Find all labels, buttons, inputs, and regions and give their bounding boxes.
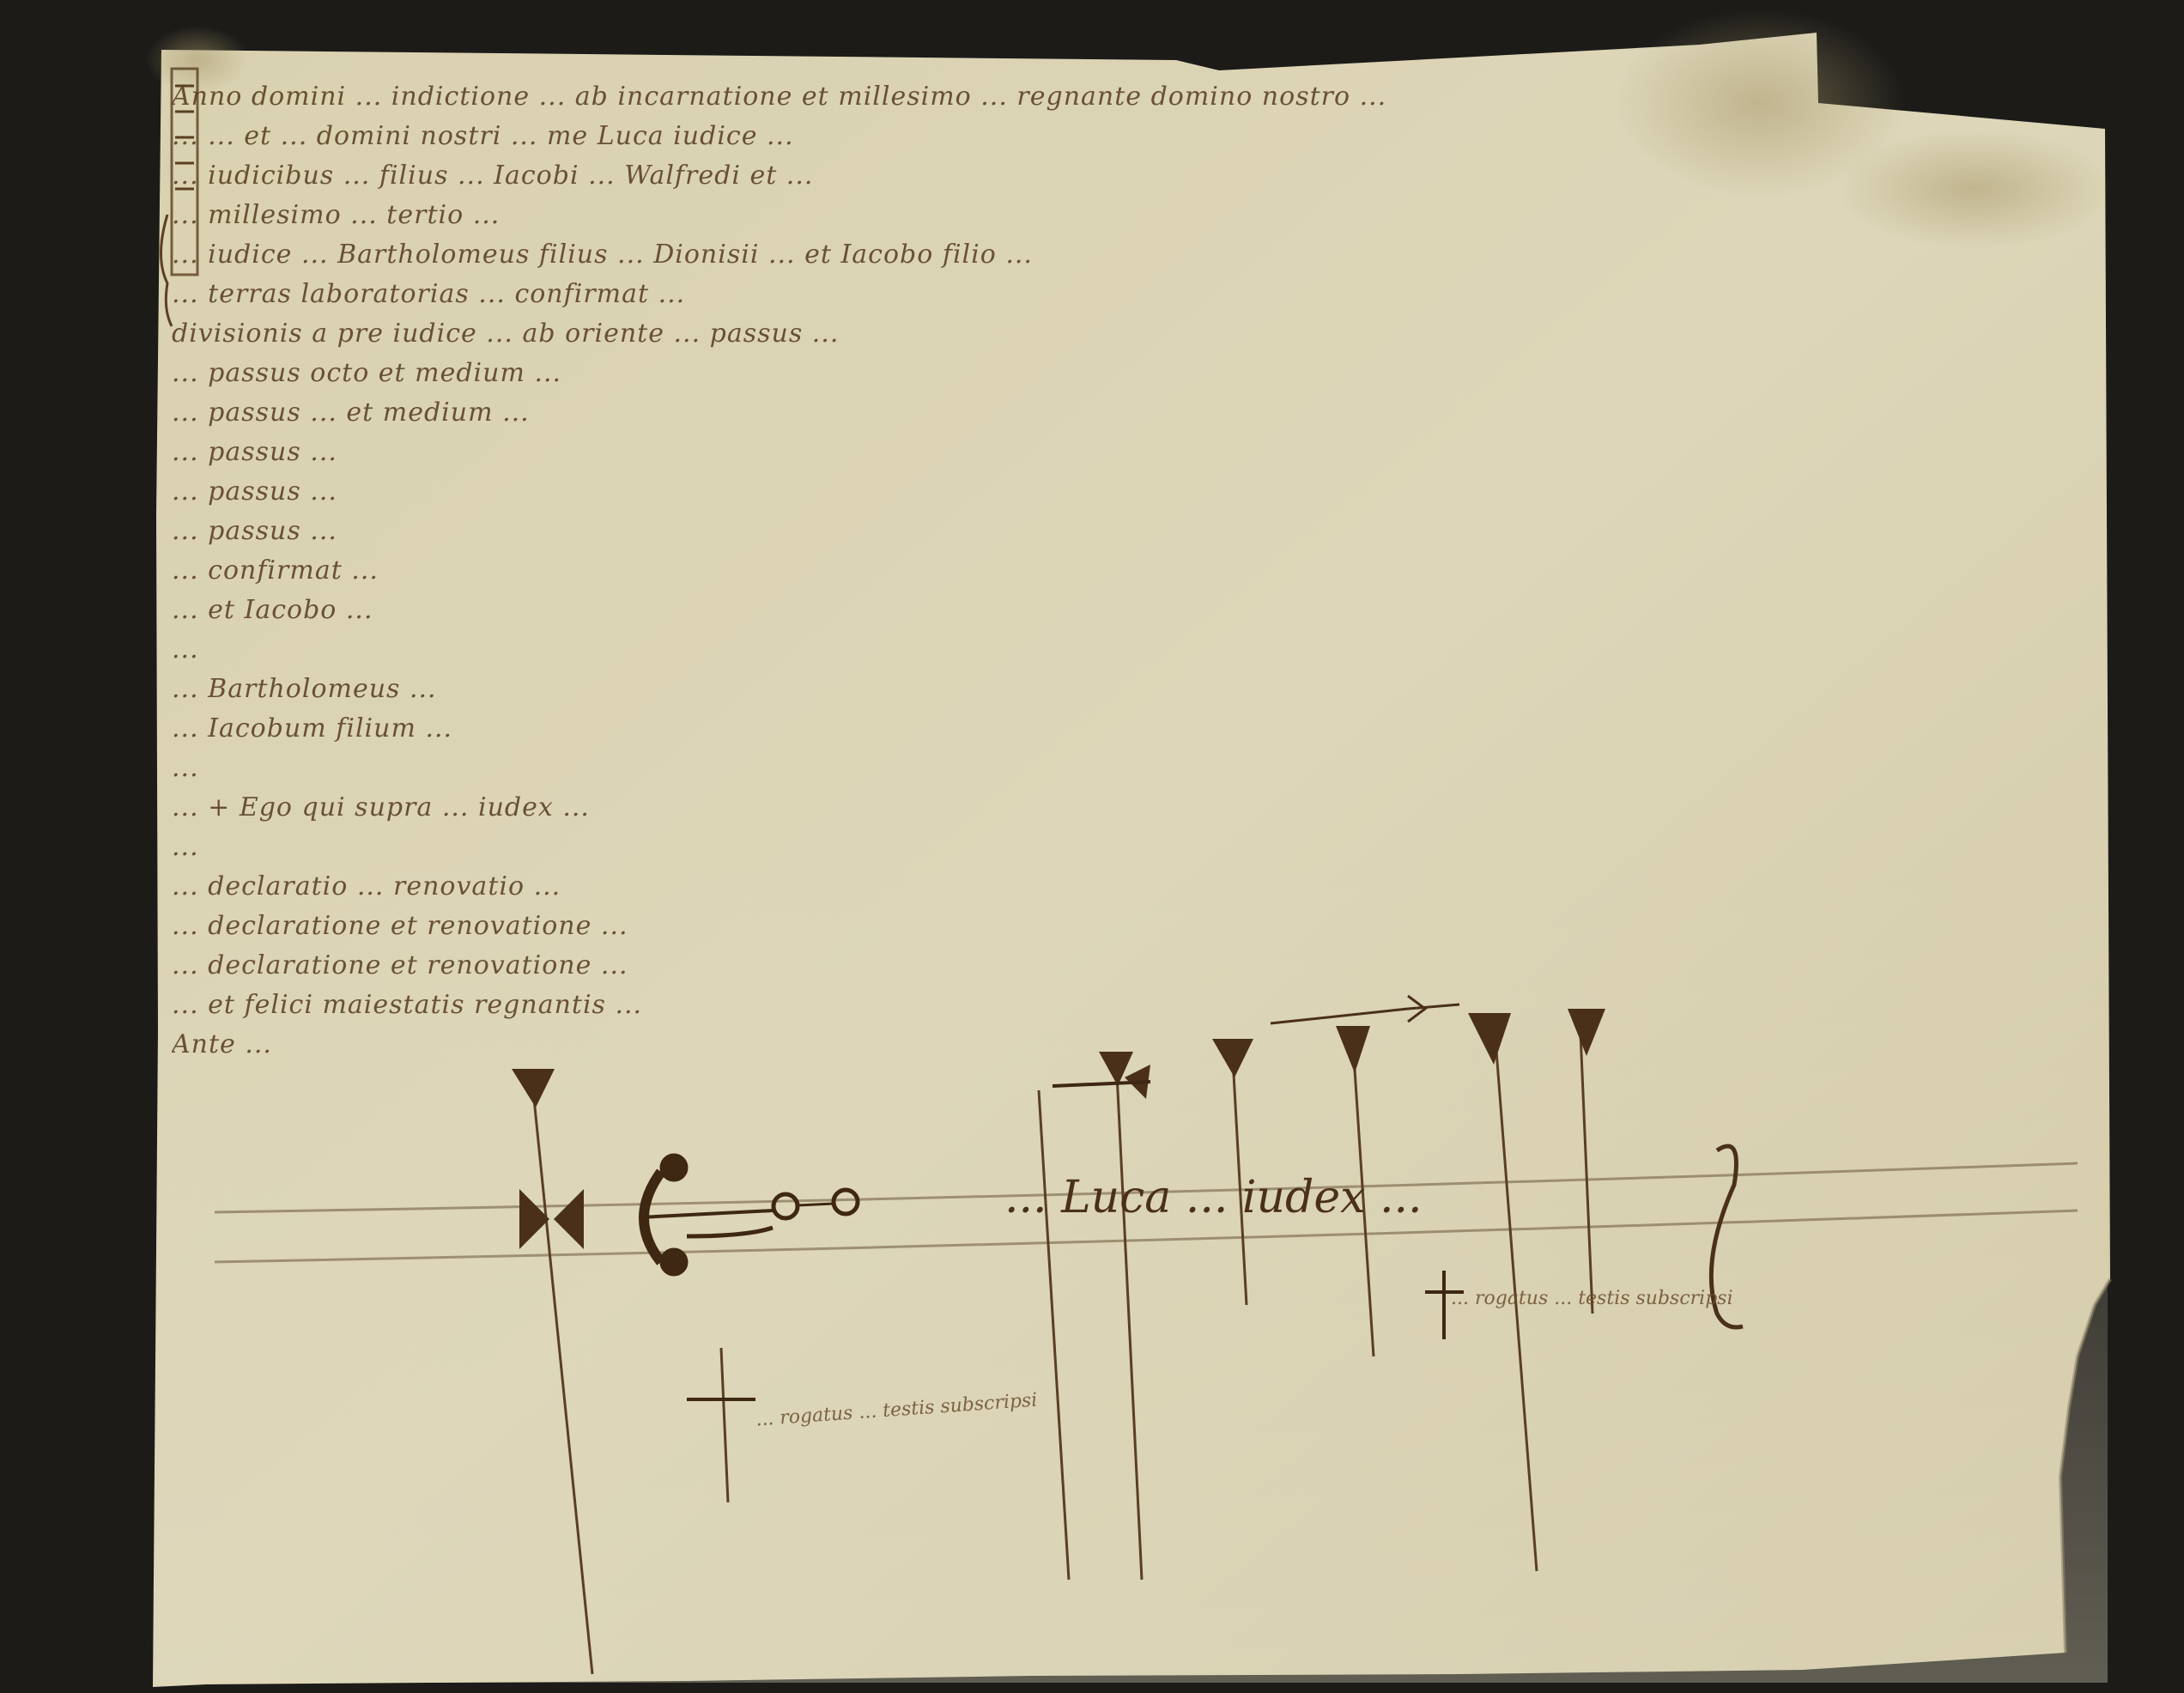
body-line: Ante ... [172, 1029, 1288, 1069]
body-line: ... Iacobum filium ... [172, 713, 2095, 753]
body-line: ... terras laboratorias ... confirmat ..… [172, 279, 2095, 319]
body-line: ... passus ... [172, 476, 2095, 516]
body-line: divisionis a pre iudice ... ab oriente .… [172, 319, 2095, 358]
body-line: ... iudice ... Bartholomeus filius ... D… [172, 240, 2086, 279]
body-line: ... declaratione et renovatione ... [172, 911, 2095, 950]
body-line: ... [172, 832, 2095, 871]
body-line: ... Bartholomeus ... [172, 674, 2095, 713]
body-line: ... millesimo ... tertio ... [172, 200, 2086, 240]
body-line: ... passus octo et medium ... [172, 358, 2095, 397]
body-line: ... + Ego qui supra ... iudex ... [172, 792, 2095, 832]
body-line: ... et felici maiestatis regnantis ... [172, 990, 2095, 1029]
body-line: ... ... et ... domini nostri ... me Luca… [172, 121, 1665, 161]
body-line: ... iudicibus ... filius ... Iacobi ... … [172, 161, 1683, 200]
body-line: ... passus ... [172, 437, 2095, 476]
body-line: ... [172, 634, 2095, 674]
body-line: ... [172, 753, 2095, 792]
judge-signature: ... Luca ... iudex ... [1004, 1172, 1423, 1223]
body-line: Anno domini ... indictione ... ab incarn… [172, 82, 1700, 121]
witness-subscription-right: ... rogatus ... testis subscripsi [1451, 1288, 1733, 1309]
body-line: ... declaratione et renovatione ... [172, 950, 2095, 990]
body-line: ... confirmat ... [172, 555, 2095, 595]
body-line: ... declaratio ... renovatio ... [172, 871, 2095, 911]
body-line: ... passus ... et medium ... [172, 397, 2095, 437]
body-line: ... et Iacobo ... [172, 595, 2095, 634]
body-line: ... passus ... [172, 516, 2095, 555]
